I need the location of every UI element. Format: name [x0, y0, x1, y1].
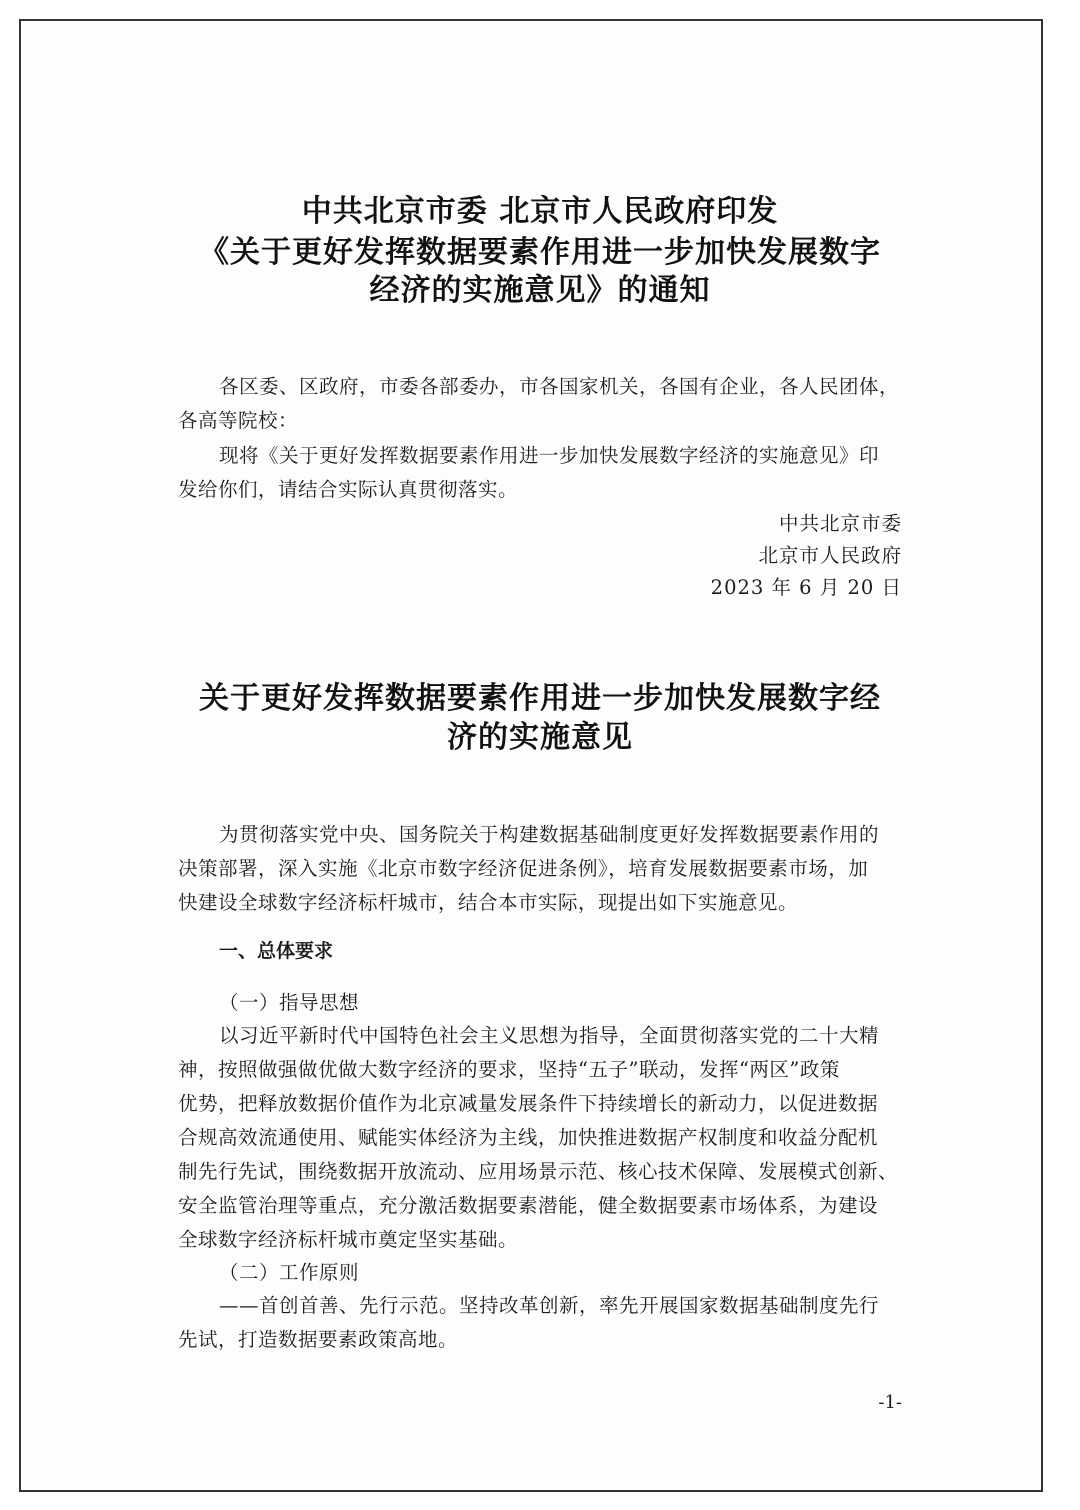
guiding-line-3: 优势，把释放数据价值作为北京减量发展条件下持续增长的新动力，以促进数据: [178, 1088, 878, 1116]
opinion-title-line-2: 济的实施意见: [0, 712, 1080, 756]
guiding-line-5: 制先行先试，围绕数据开放流动、应用场景示范、核心技术保障、发展模式创新、: [178, 1156, 898, 1184]
intro-line-3: 快建设全球数字经济标杆城市，结合本市实际，现提出如下实施意见。: [178, 887, 798, 915]
principle-line-2: 先试，打造数据要素政策高地。: [178, 1324, 458, 1352]
intro-line-1: 为贯彻落实党中央、国务院关于构建数据基础制度更好发挥数据要素作用的: [219, 819, 879, 847]
subheading-working-principles: （二）工作原则: [219, 1257, 359, 1285]
notice-title-line-3: 经济的实施意见》的通知: [0, 265, 1080, 309]
signature-party-committee: 中共北京市委: [779, 508, 902, 536]
notice-body-line-2: 发给你们，请结合实际认真贯彻落实。: [178, 474, 518, 502]
guiding-line-1: 以习近平新时代中国特色社会主义思想为指导，全面贯彻落实党的二十大精: [219, 1020, 879, 1048]
section-heading-general-requirements: 一、总体要求: [219, 936, 333, 963]
guiding-line-4: 合规高效流通使用、赋能实体经济为主线，加快推进数据产权制度和收益分配机: [178, 1122, 878, 1150]
notice-body-line-1: 现将《关于更好发挥数据要素作用进一步加快发展数字经济的实施意见》印: [219, 440, 879, 468]
principle-line-1: ——首创首善、先行示范。坚持改革创新，率先开展国家数据基础制度先行: [219, 1290, 879, 1318]
subheading-guiding-ideology: （一）指导思想: [219, 987, 359, 1015]
intro-line-2: 决策部署，深入实施《北京市数字经济促进条例》，培育发展数据要素市场，加: [178, 853, 868, 881]
guiding-line-7: 全球数字经济标杆城市奠定坚实基础。: [178, 1224, 518, 1252]
addressee-line-1: 各区委、区政府，市委各部委办，市各国家机关，各国有企业，各人民团体，: [219, 371, 899, 399]
guiding-line-6: 安全监管治理等重点，充分激活数据要素潜能，健全数据要素市场体系，为建设: [178, 1190, 878, 1218]
opinion-title-line-1: 关于更好发挥数据要素作用进一步加快发展数字经: [0, 673, 1080, 717]
addressee-line-2: 各高等院校：: [178, 405, 298, 433]
signature-date: 2023 年 6 月 20 日: [711, 572, 902, 600]
notice-title-line-1: 中共北京市委 北京市人民政府印发: [0, 186, 1080, 230]
page-number: -1-: [878, 1392, 902, 1413]
guiding-line-2: 神，按照做强做优做大数字经济的要求，坚持“五子”联动，发挥“两区”政策: [178, 1054, 840, 1082]
signature-government: 北京市人民政府: [758, 540, 902, 568]
